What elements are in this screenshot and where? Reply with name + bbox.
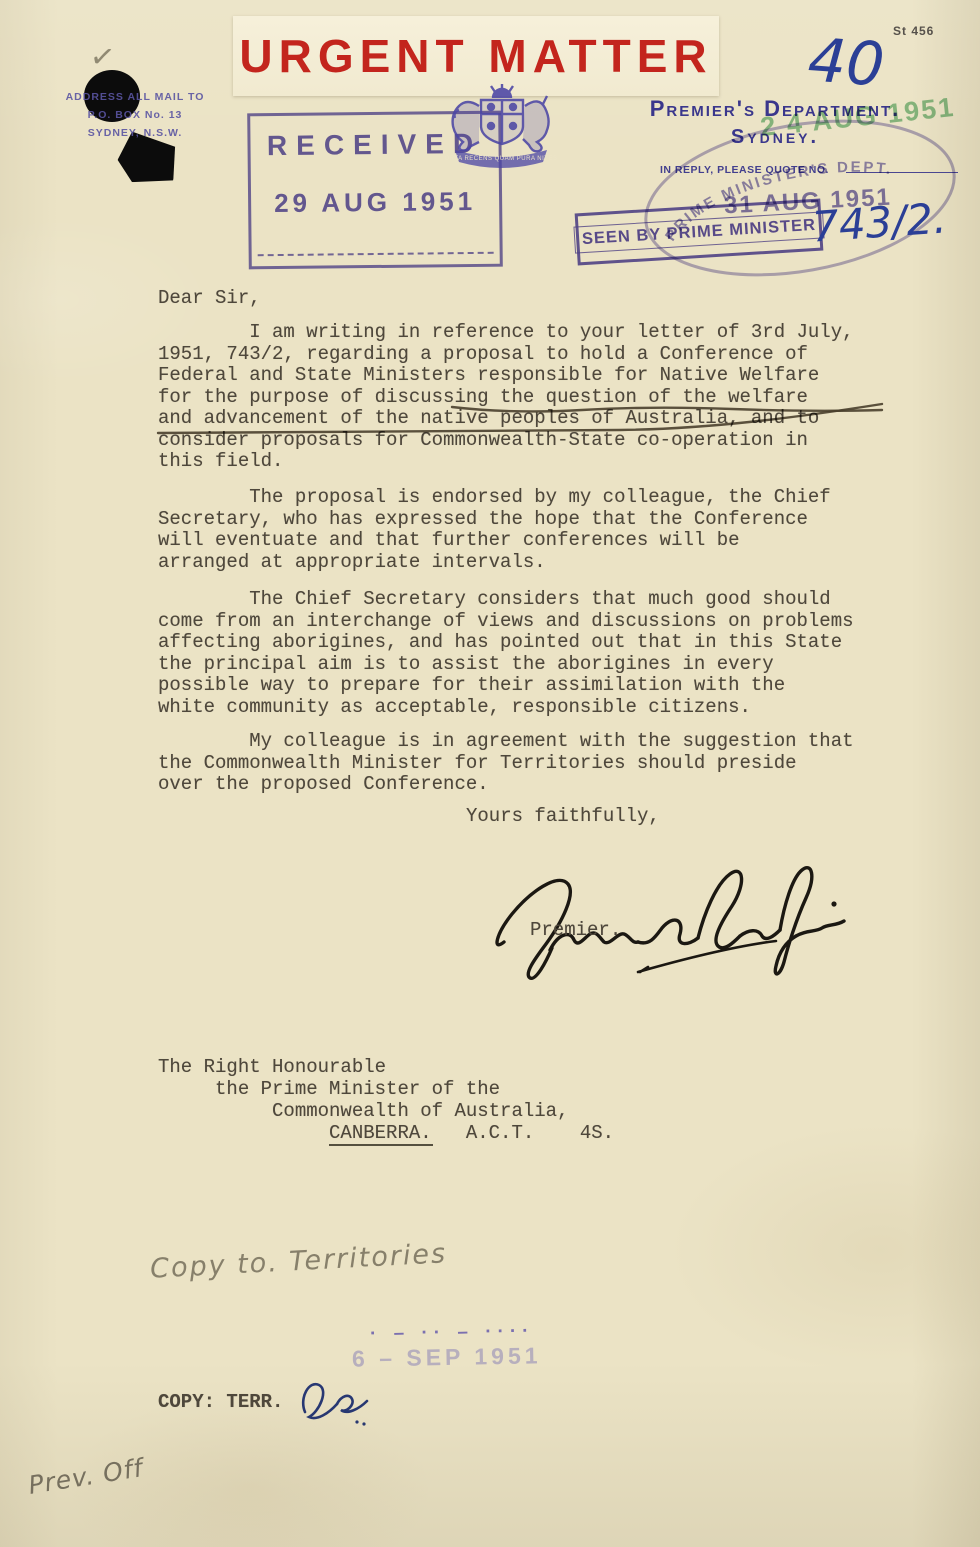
- coat-of-arms-motto: ORTA RECENS QUAM PURA NITES: [445, 156, 558, 162]
- prev-off-pencil-note: Prev. Off: [26, 1453, 145, 1500]
- handwritten-initials-scribble: [293, 1372, 383, 1430]
- recipient-address: The Right Honourable the Prime Minister …: [158, 1056, 614, 1144]
- faded-sep-1951-stamp: 6 – SEP 1951: [352, 1342, 542, 1372]
- canberra-underline: [329, 1144, 433, 1146]
- form-number: St 456: [893, 24, 934, 38]
- faded-stamp-fragments: · – ·· – ····: [370, 1321, 535, 1346]
- urgent-matter-text: URGENT MATTER: [239, 29, 712, 83]
- scanned-letter-page: URGENT MATTER St 456 40 ✓ ADDRESS ALL MA…: [0, 0, 980, 1547]
- handwritten-reference-number: 743/2.: [810, 193, 947, 251]
- handwritten-folio-number: 40: [806, 25, 887, 100]
- paragraph-2: The proposal is endorsed by my colleague…: [158, 487, 831, 573]
- copy-terr-line: COPY: TERR.: [158, 1392, 283, 1414]
- received-stamp-date: 29 AUG 1951: [251, 186, 499, 220]
- salutation: Dear Sir,: [158, 288, 261, 310]
- pen-underline-strokes: [150, 388, 890, 448]
- paragraph-4: My colleague is in agreement with the su…: [158, 731, 854, 796]
- mail-address-block: ADDRESS ALL MAIL TO P.O. BOX No. 13 SYDN…: [55, 88, 215, 142]
- pencil-note: Copy to. Territories: [149, 1238, 447, 1285]
- received-stamp-dashes: [258, 252, 494, 256]
- signer-title: Premier.: [530, 920, 621, 942]
- paragraph-3: The Chief Secretary considers that much …: [158, 589, 854, 718]
- valediction: Yours faithfully,: [466, 806, 660, 828]
- nsw-coat-of-arms-icon: ORTA RECENS QUAM PURA NITES: [425, 84, 577, 184]
- seen-by-prime-minister-text: SEEN BY PRIME MINISTER: [573, 211, 825, 253]
